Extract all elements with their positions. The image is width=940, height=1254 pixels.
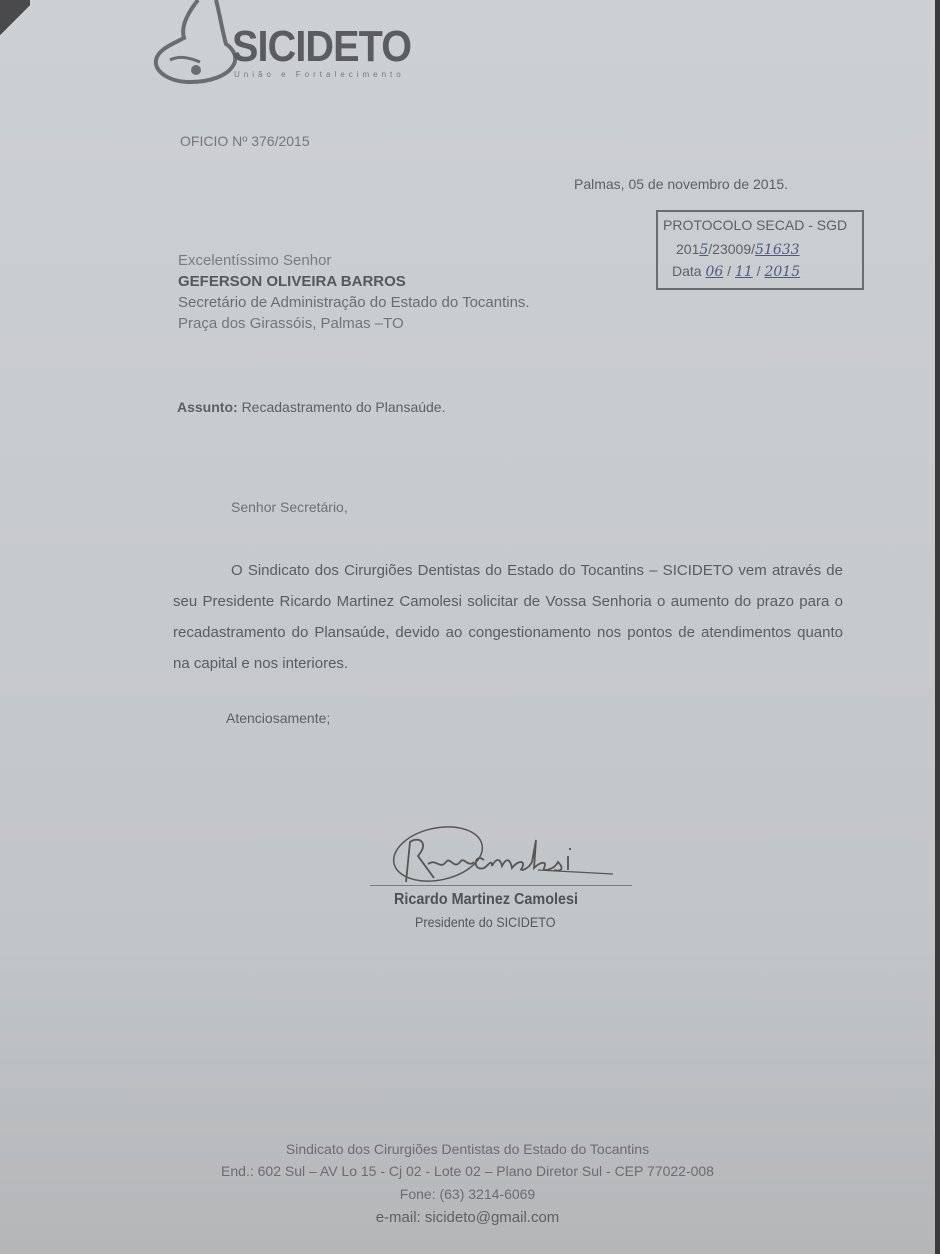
signature-line [370,885,632,886]
document-reference: OFICIO Nº 376/2015 [180,133,310,149]
stamp-protocol-number: 2015/23009/51633 [676,241,800,258]
signer-name: Ricardo Martinez Camolesi [394,891,578,909]
org-tagline: União e Fortalecimento [234,70,405,79]
protocol-stamp: PROTOCOLO SECAD - SGD 2015/23009/51633 D… [656,210,864,290]
subject-line: Assunto: Recadastramento do Plansaúde. [177,399,445,415]
signature-handwriting [388,822,618,892]
recipient-address: Praça dos Girassóis, Palmas –TO [178,315,404,332]
subject-label: Assunto: [177,399,238,415]
closing: Atenciosamente; [226,710,330,726]
body-paragraph: O Sindicato dos Cirurgiões Dentistas do … [173,555,843,679]
recipient-salutation: Excelentíssimo Senhor [178,252,331,269]
tocantins-map-tooth-icon [150,0,245,90]
stamp-title: PROTOCOLO SECAD - SGD [663,217,847,233]
place-date: Palmas, 05 de novembro de 2015. [574,176,788,192]
recipient-name: GEFERSON OLIVEIRA BARROS [178,273,406,290]
folded-corner [0,0,30,40]
letter-page: SICIDETO União e Fortalecimento OFICIO N… [0,0,935,1254]
recipient-role: Secretário de Administração do Estado do… [178,294,530,311]
footer-org: Sindicato dos Cirurgiões Dentistas do Es… [0,1141,935,1157]
footer-phone: Fone: (63) 3214-6069 [0,1186,935,1202]
org-logo-name: SICIDETO [232,22,411,72]
subject-text: Recadastramento do Plansaúde. [242,399,446,415]
greeting: Senhor Secretário, [231,499,348,515]
stamp-date: Data 06 / 11 / 2015 [672,263,800,280]
signer-title: Presidente do SICIDETO [415,914,556,930]
footer-email: e-mail: sicideto@gmail.com [0,1209,935,1226]
footer-address: End.: 602 Sul – AV Lo 15 - Cj 02 - Lote … [0,1163,935,1179]
